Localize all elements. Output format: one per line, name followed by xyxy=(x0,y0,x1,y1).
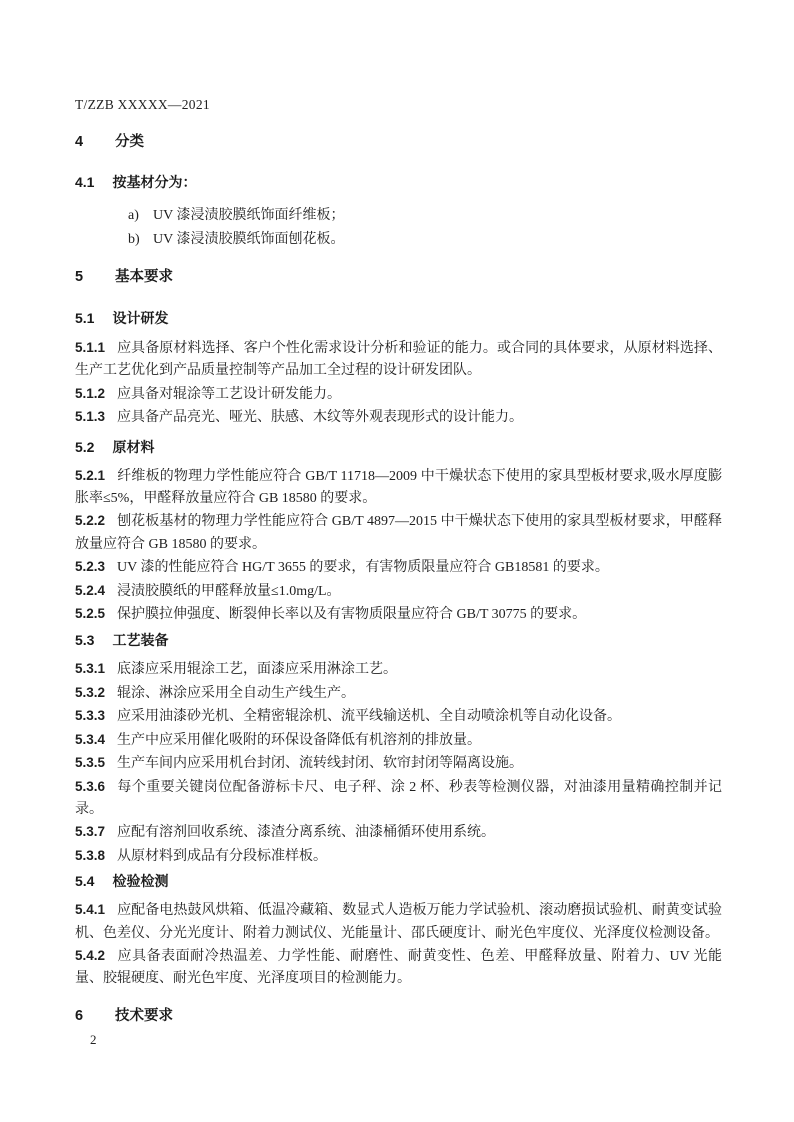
clause-number: 5.1.2 xyxy=(75,386,105,401)
list-marker: b) xyxy=(128,228,142,252)
clause-number: 5.2.4 xyxy=(75,583,105,598)
section-title: 按基材分为： xyxy=(112,174,196,190)
clause-text: UV 漆的性能应符合 HG/T 3655 的要求，有害物质限量应符合 GB185… xyxy=(117,560,609,575)
clause-5-3-4: 5.3.4生产中应采用催化吸附的环保设备降低有机溶剂的排放量。 xyxy=(75,729,722,752)
clause-5-4-2: 5.4.2应具备表面耐冷热温差、力学性能、耐磨性、耐黄变性、色差、甲醛释放量、附… xyxy=(75,945,722,991)
clause-number: 5.2.2 xyxy=(75,513,105,528)
clause-number: 5.3.5 xyxy=(75,755,105,770)
clause-number: 5.2.5 xyxy=(75,606,105,621)
chapter-title: 基本要求 xyxy=(115,269,173,285)
clause-number: 5.3.4 xyxy=(75,732,105,747)
clause-text: 辊涂、淋涂应采用全自动生产线生产。 xyxy=(117,686,355,701)
clause-number: 5.3.8 xyxy=(75,848,105,863)
clause-text: 生产中应采用催化吸附的环保设备降低有机溶剂的排放量。 xyxy=(117,733,481,748)
section-heading-5-4: 5.4检验检测 xyxy=(75,871,722,891)
clause-number: 5.2.3 xyxy=(75,559,105,574)
clause-number: 5.3.1 xyxy=(75,661,105,676)
clause-number: 5.4.2 xyxy=(75,948,105,963)
clause-text: 应具备对辊涂等工艺设计研发能力。 xyxy=(117,387,341,402)
section-number: 5.4 xyxy=(75,871,94,891)
clause-5-3-8: 5.3.8从原材料到成品有分段标准样板。 xyxy=(75,845,722,868)
clause-text: 从原材料到成品有分段标准样板。 xyxy=(117,849,327,864)
clause-text: 应具备产品亮光、哑光、肤感、木纹等外观表现形式的设计能力。 xyxy=(117,410,523,425)
section-number: 5.3 xyxy=(75,630,94,650)
chapter-number: 6 xyxy=(75,1006,93,1026)
clause-5-2-1: 5.2.1纤维板的物理力学性能应符合 GB/T 11718—2009 中干燥状态… xyxy=(75,465,722,511)
chapter-heading-6: 6技术要求 xyxy=(75,1006,722,1026)
section-number: 4.1 xyxy=(75,172,94,192)
list-marker: a) xyxy=(128,204,142,228)
material-type-list: a)UV 漆浸渍胶膜纸饰面纤维板； b)UV 漆浸渍胶膜纸饰面刨花板。 xyxy=(75,204,722,252)
list-item: a)UV 漆浸渍胶膜纸饰面纤维板； xyxy=(75,204,722,228)
list-item-text: UV 漆浸渍胶膜纸饰面纤维板； xyxy=(153,208,344,223)
clause-number: 5.1.3 xyxy=(75,409,105,424)
chapter-title: 分类 xyxy=(115,134,144,150)
clause-number: 5.3.6 xyxy=(75,779,105,794)
section-heading-4-1: 4.1按基材分为： xyxy=(75,172,722,192)
clause-5-3-6: 5.3.6每个重要关键岗位配备游标卡尺、电子秤、涂 2 杯、秒表等检测仪器，对油… xyxy=(75,776,722,822)
clause-5-4-1: 5.4.1应配备电热鼓风烘箱、低温冷藏箱、数显式人造板万能力学试验机、滚动磨损试… xyxy=(75,899,722,945)
clause-5-2-5: 5.2.5保护膜拉伸强度、断裂伸长率以及有害物质限量应符合 GB/T 30775… xyxy=(75,603,722,626)
clause-number: 5.3.3 xyxy=(75,708,105,723)
clause-text: 应配有溶剂回收系统、漆渣分离系统、油漆桶循环使用系统。 xyxy=(117,825,495,840)
clause-group-5-3: 5.3.1底漆应采用辊涂工艺，面漆应采用淋涂工艺。 5.3.2辊涂、淋涂应采用全… xyxy=(75,658,722,868)
chapter-number: 5 xyxy=(75,267,93,287)
clause-text: 应具备表面耐冷热温差、力学性能、耐磨性、耐黄变性、色差、甲醛释放量、附着力、UV… xyxy=(75,949,722,986)
clause-text: 应配备电热鼓风烘箱、低温冷藏箱、数显式人造板万能力学试验机、滚动磨损试验机、耐黄… xyxy=(75,903,722,940)
page-number: 2 xyxy=(75,1032,722,1048)
section-heading-5-3: 5.3工艺装备 xyxy=(75,630,722,650)
clause-text: 刨花板基材的物理力学性能应符合 GB/T 4897—2015 中干燥状态下使用的… xyxy=(75,514,722,551)
chapter-heading-4: 4分类 xyxy=(75,132,722,152)
list-item-text: UV 漆浸渍胶膜纸饰面刨花板。 xyxy=(153,232,344,247)
clause-number: 5.3.2 xyxy=(75,685,105,700)
clause-group-5-1: 5.1.1应具备原材料选择、客户个性化需求设计分析和验证的能力。或合同的具体要求… xyxy=(75,337,722,430)
clause-text: 浸渍胶膜纸的甲醛释放量≤1.0mg/L。 xyxy=(117,584,341,599)
list-item: b)UV 漆浸渍胶膜纸饰面刨花板。 xyxy=(75,228,722,252)
section-title: 检验检测 xyxy=(112,873,168,889)
clause-text: 生产车间内应采用机台封闭、流转线封闭、软帘封闭等隔离设施。 xyxy=(117,756,523,771)
chapter-title: 技术要求 xyxy=(115,1008,173,1024)
clause-5-2-4: 5.2.4浸渍胶膜纸的甲醛释放量≤1.0mg/L。 xyxy=(75,580,722,603)
clause-5-3-1: 5.3.1底漆应采用辊涂工艺，面漆应采用淋涂工艺。 xyxy=(75,658,722,681)
chapter-number: 4 xyxy=(75,132,93,152)
clause-text: 每个重要关键岗位配备游标卡尺、电子秤、涂 2 杯、秒表等检测仪器，对油漆用量精确… xyxy=(75,780,722,817)
doc-code-header: T/ZZB XXXXX—2021 xyxy=(75,97,722,113)
clause-text: 底漆应采用辊涂工艺，面漆应采用淋涂工艺。 xyxy=(117,662,397,677)
clause-5-1-1: 5.1.1应具备原材料选择、客户个性化需求设计分析和验证的能力。或合同的具体要求… xyxy=(75,337,722,383)
clause-5-2-2: 5.2.2刨花板基材的物理力学性能应符合 GB/T 4897—2015 中干燥状… xyxy=(75,510,722,556)
clause-5-1-3: 5.1.3应具备产品亮光、哑光、肤感、木纹等外观表现形式的设计能力。 xyxy=(75,406,722,429)
clause-number: 5.2.1 xyxy=(75,468,105,483)
clause-number: 5.3.7 xyxy=(75,824,105,839)
clause-5-3-2: 5.3.2辊涂、淋涂应采用全自动生产线生产。 xyxy=(75,682,722,705)
clause-group-5-4: 5.4.1应配备电热鼓风烘箱、低温冷藏箱、数显式人造板万能力学试验机、滚动磨损试… xyxy=(75,899,722,991)
section-title: 设计研发 xyxy=(112,310,168,326)
clause-5-2-3: 5.2.3UV 漆的性能应符合 HG/T 3655 的要求，有害物质限量应符合 … xyxy=(75,556,722,579)
clause-5-3-7: 5.3.7应配有溶剂回收系统、漆渣分离系统、油漆桶循环使用系统。 xyxy=(75,821,722,844)
section-heading-5-1: 5.1设计研发 xyxy=(75,308,722,328)
clause-text: 应具备原材料选择、客户个性化需求设计分析和验证的能力。或合同的具体要求，从原材料… xyxy=(75,341,722,378)
section-number: 5.1 xyxy=(75,308,94,328)
section-title: 工艺装备 xyxy=(112,632,168,648)
clause-text: 应采用油漆砂光机、全精密辊涂机、流平线输送机、全自动喷涂机等自动化设备。 xyxy=(117,709,621,724)
clause-text: 纤维板的物理力学性能应符合 GB/T 11718—2009 中干燥状态下使用的家… xyxy=(75,469,722,506)
chapter-heading-5: 5基本要求 xyxy=(75,267,722,287)
document-page: T/ZZB XXXXX—2021 4分类 4.1按基材分为： a)UV 漆浸渍胶… xyxy=(0,0,794,1122)
clause-5-1-2: 5.1.2应具备对辊涂等工艺设计研发能力。 xyxy=(75,383,722,406)
clause-5-3-5: 5.3.5生产车间内应采用机台封闭、流转线封闭、软帘封闭等隔离设施。 xyxy=(75,752,722,775)
clause-text: 保护膜拉伸强度、断裂伸长率以及有害物质限量应符合 GB/T 30775 的要求。 xyxy=(117,607,586,622)
clause-number: 5.1.1 xyxy=(75,340,105,355)
section-heading-5-2: 5.2原材料 xyxy=(75,437,722,457)
section-number: 5.2 xyxy=(75,437,94,457)
clause-5-3-3: 5.3.3应采用油漆砂光机、全精密辊涂机、流平线输送机、全自动喷涂机等自动化设备… xyxy=(75,705,722,728)
clause-group-5-2: 5.2.1纤维板的物理力学性能应符合 GB/T 11718—2009 中干燥状态… xyxy=(75,465,722,627)
section-title: 原材料 xyxy=(112,439,154,455)
clause-number: 5.4.1 xyxy=(75,902,105,917)
